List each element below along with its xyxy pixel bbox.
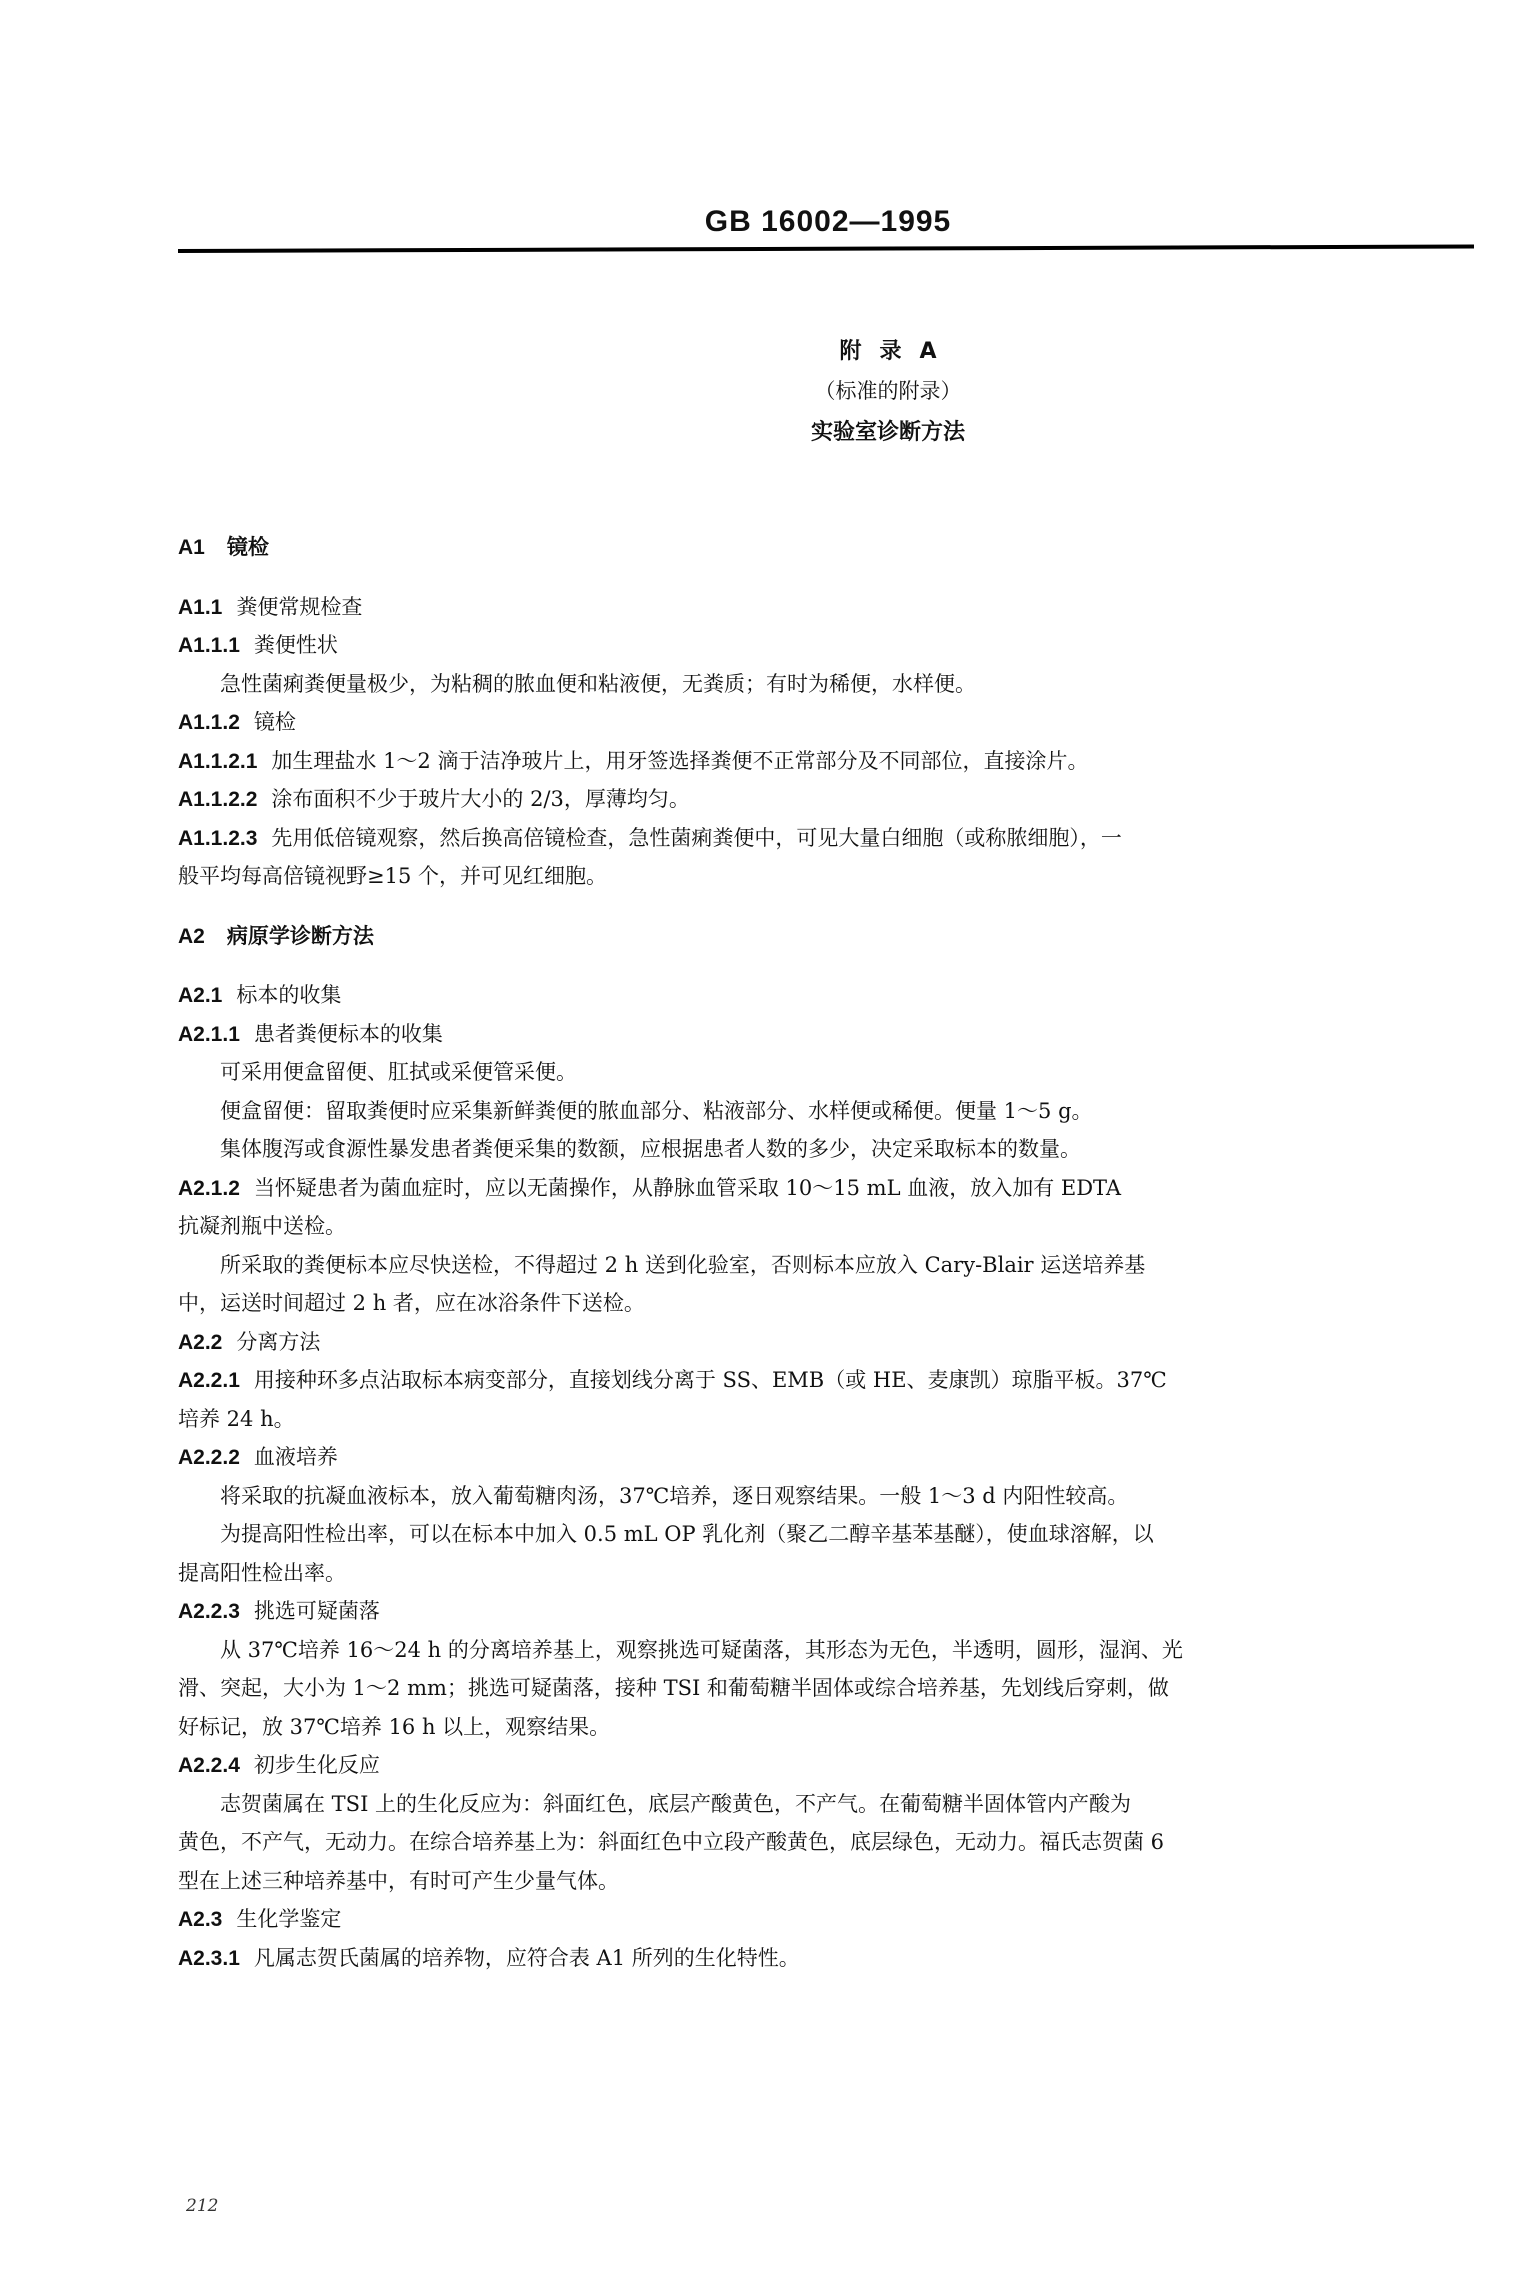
clause-a2-3-1: A2.3.1凡属志贺氏菌属的培养物，应符合表 A1 所列的生化特性。 [178,1939,1478,1978]
section-number: A2 [178,918,205,957]
clause-text: 涂布面积不少于玻片大小的 2/3，厚薄均匀。 [271,787,689,811]
clause-text: 用接种环多点沾取标本病变部分，直接划线分离于 SS、EMB（或 HE、麦康凯）琼… [254,1368,1167,1392]
section-number: A1.1.2.1 [178,743,257,782]
section-heading-a2-1-1: A2.1.1患者粪便标本的收集 [178,1015,1478,1054]
section-number: A1.1.2.2 [178,781,257,820]
section-number: A2.2.3 [178,1593,240,1632]
paragraph-continued: 中，运送时间超过 2 h 者，应在冰浴条件下送检。 [178,1284,1478,1323]
appendix-subtitle: （标准的附录） [120,375,1536,405]
section-title: 标本的收集 [236,983,341,1007]
standard-number-header: GB 16002—1995 [60,205,1536,239]
paragraph: 急性菌痢粪便量极少，为粘稠的脓血便和粘液便，无粪质；有时为稀便，水样便。 [178,665,1478,704]
section-heading-a2-2: A2.2分离方法 [178,1323,1478,1362]
section-number: A1.1 [178,589,222,628]
clause-text: 先用低倍镜观察，然后换高倍镜检查，急性菌痢粪便中，可见大量白细胞（或称脓细胞），… [271,826,1122,850]
section-number: A2.1 [178,977,222,1016]
appendix-label-char: 附 [839,339,861,364]
section-title: 镜检 [254,710,296,734]
section-title: 患者粪便标本的收集 [254,1022,443,1046]
paragraph: 所采取的粪便标本应尽快送检，不得超过 2 h 送到化验室，否则标本应放入 Car… [178,1246,1478,1285]
clause-text-continued: 培养 24 h。 [178,1400,1478,1439]
section-title: 镜检 [227,535,269,559]
clause-text-continued: 抗凝剂瓶中送检。 [178,1207,1478,1246]
section-heading-a2-2-3: A2.2.3挑选可疑菌落 [178,1592,1478,1631]
section-heading-a2-2-4: A2.2.4初步生化反应 [178,1746,1478,1785]
paragraph: 将采取的抗凝血液标本，放入葡萄糖肉汤，37℃培养，逐日观察结果。一般 1～3 d… [178,1477,1478,1516]
section-number: A2.2.1 [178,1362,240,1401]
appendix-label: 附录A [120,334,1536,365]
section-number: A1 [178,529,205,568]
paragraph: 为提高阳性检出率，可以在标本中加入 0.5 mL OP 乳化剂（聚乙二醇辛基苯基… [178,1515,1478,1554]
paragraph: 集体腹泻或食源性暴发患者粪便采集的数额，应根据患者人数的多少，决定采取标本的数量… [178,1130,1478,1169]
section-number: A1.1.1 [178,627,240,666]
clause-text: 凡属志贺氏菌属的培养物，应符合表 A1 所列的生化特性。 [254,1946,800,1970]
clause-text-continued: 般平均每高倍镜视野≥15 个，并可见红细胞。 [178,857,1478,896]
clause-a1-1-2-2: A1.1.2.2涂布面积不少于玻片大小的 2/3，厚薄均匀。 [178,780,1478,819]
paragraph-continued: 滑、突起，大小为 1～2 mm；挑选可疑菌落，接种 TSI 和葡萄糖半固体或综合… [178,1669,1478,1708]
paragraph: 志贺菌属在 TSI 上的生化反应为：斜面红色，底层产酸黄色，不产气。在葡萄糖半固… [178,1785,1478,1824]
section-title: 病原学诊断方法 [227,924,374,948]
appendix-label-letter: A [920,339,937,364]
section-number: A1.1.2.3 [178,820,257,859]
appendix-title: 实验室诊断方法 [120,415,1536,446]
section-title: 粪便性状 [254,633,338,657]
paragraph: 从 37℃培养 16～24 h 的分离培养基上，观察挑选可疑菌落，其形态为无色，… [178,1631,1478,1670]
section-heading-a1: A1镜检 [178,528,1478,567]
section-heading-a1-1-2: A1.1.2镜检 [178,703,1478,742]
clause-a1-1-2-1: A1.1.2.1加生理盐水 1～2 滴于洁净玻片上，用牙签选择粪便不正常部分及不… [178,742,1478,781]
section-number: A2.3 [178,1901,222,1940]
section-title: 挑选可疑菌落 [254,1599,380,1623]
page-number: 212 [186,2196,218,2216]
clause-a2-2-1: A2.2.1用接种环多点沾取标本病变部分，直接划线分离于 SS、EMB（或 HE… [178,1361,1478,1400]
section-number: A1.1.2 [178,704,240,743]
section-number: A2.2 [178,1324,222,1363]
section-heading-a1-1-1: A1.1.1粪便性状 [178,626,1478,665]
paragraph-continued: 型在上述三种培养基中，有时可产生少量气体。 [178,1862,1478,1901]
paragraph: 可采用便盒留便、肛拭或采便管采便。 [178,1053,1478,1092]
clause-text: 加生理盐水 1～2 滴于洁净玻片上，用牙签选择粪便不正常部分及不同部位，直接涂片… [271,749,1088,773]
section-heading-a2: A2病原学诊断方法 [178,917,1478,956]
header-rule [178,244,1474,253]
section-number: A2.2.2 [178,1439,240,1478]
paragraph-continued: 好标记，放 37℃培养 16 h 以上，观察结果。 [178,1708,1478,1747]
section-number: A2.1.2 [178,1170,240,1209]
section-heading-a2-1: A2.1标本的收集 [178,976,1478,1015]
paragraph-continued: 提高阳性检出率。 [178,1554,1478,1593]
section-title: 生化学鉴定 [236,1907,341,1931]
paragraph-continued: 黄色，不产气，无动力。在综合培养基上为：斜面红色中立段产酸黄色，底层绿色，无动力… [178,1823,1478,1862]
section-title: 分离方法 [236,1330,320,1354]
section-title: 初步生化反应 [254,1753,380,1777]
document-body: A1镜检 A1.1粪便常规检查 A1.1.1粪便性状 急性菌痢粪便量极少，为粘稠… [178,528,1478,1977]
section-heading-a2-2-2: A2.2.2血液培养 [178,1438,1478,1477]
section-heading-a1-1: A1.1粪便常规检查 [178,588,1478,627]
section-number: A2.3.1 [178,1940,240,1979]
section-heading-a2-3: A2.3生化学鉴定 [178,1900,1478,1939]
section-title: 粪便常规检查 [236,595,362,619]
section-number: A2.2.4 [178,1747,240,1786]
clause-a2-1-2: A2.1.2当怀疑患者为菌血症时，应以无菌操作，从静脉血管采取 10～15 mL… [178,1169,1478,1208]
clause-text: 当怀疑患者为菌血症时，应以无菌操作，从静脉血管采取 10～15 mL 血液，放入… [254,1176,1121,1200]
section-title: 血液培养 [254,1445,338,1469]
section-number: A2.1.1 [178,1016,240,1055]
clause-a1-1-2-3: A1.1.2.3先用低倍镜观察，然后换高倍镜检查，急性菌痢粪便中，可见大量白细胞… [178,819,1478,858]
appendix-label-char: 录 [879,339,901,364]
paragraph: 便盒留便：留取粪便时应采集新鲜粪便的脓血部分、粘液部分、水样便或稀便。便量 1～… [178,1092,1478,1131]
document-page: GB 16002—1995 附录A （标准的附录） 实验室诊断方法 A1镜检 A… [0,0,1536,2285]
